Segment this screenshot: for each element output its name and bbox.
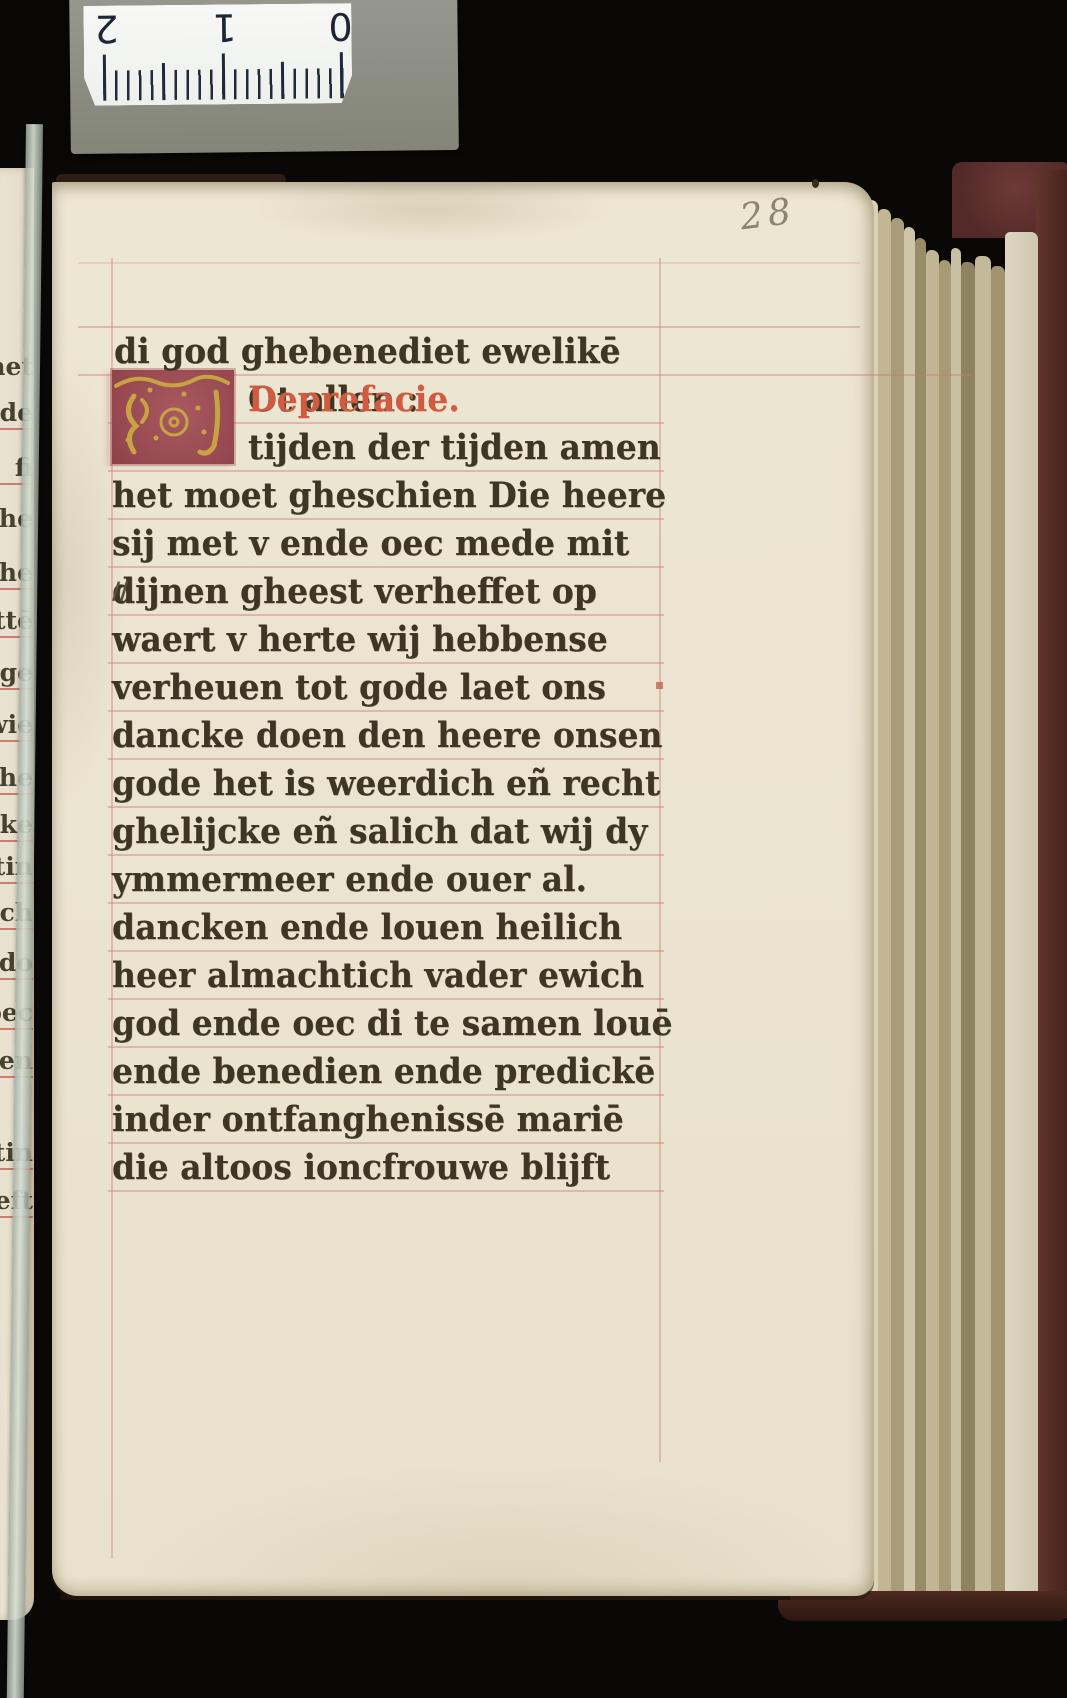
flyleaf-edge-strip — [1005, 232, 1038, 1602]
page-edge-strip — [939, 260, 951, 1608]
ruler-number: 1 — [207, 8, 241, 46]
text-segment: waert v herte wij hebbense — [112, 616, 608, 663]
folio-number: 28 — [738, 191, 798, 238]
text-segment: ghelijcke eñ salich dat wij dy — [112, 808, 647, 855]
ruler-number: 0 — [323, 7, 357, 45]
line-filler-marks: ∕∕ — [112, 568, 128, 615]
page-edge-strip — [975, 256, 991, 1601]
text-segment: tijden der tijden amen — [248, 424, 661, 471]
page-edge-strip — [891, 218, 904, 1604]
text-segment: het moet gheschien Die heere — [112, 472, 666, 519]
binding-leather-right — [1036, 170, 1067, 1618]
page-edge-strip — [926, 250, 939, 1610]
text-segment: di god ghebenediet ewelikē — [114, 328, 621, 375]
centimeter-ruler: 2 1 0 — [83, 3, 352, 106]
text-segment: verheuen tot gode laet ons — [112, 664, 606, 711]
text-segment: dancke doen den heere onsen — [112, 712, 662, 759]
text-segment: inder ontfanghenissē mariē — [112, 1096, 624, 1143]
ruler-half-cm-tick — [281, 62, 284, 99]
text-segment: dijnen gheest verheffet op — [112, 568, 597, 615]
text-segment: sij met v ende oec mede mit — [112, 520, 629, 567]
ruler-cm-tick — [103, 55, 106, 101]
text-segment: heer almachtich vader ewich — [112, 952, 644, 999]
ruling-line — [78, 262, 860, 264]
text-segment: gode het is weerdich eñ recht — [112, 760, 660, 807]
ruler-card: 2 1 0 — [69, 0, 459, 154]
text-segment: god ende oec di te samen louē — [112, 1000, 673, 1047]
foliate-ornament — [112, 370, 234, 464]
page-edge-strip — [915, 238, 926, 1610]
ruler-cm-tick — [340, 52, 343, 98]
manuscript-page: 28 — [52, 182, 874, 1596]
text-segment: ymmermeer ende ouer al. — [112, 856, 587, 903]
manuscript-photograph: 2 1 0 het de. fi ghe ghe — [0, 0, 1067, 1698]
ruler-number: 2 — [89, 9, 123, 47]
decorated-initial — [112, 370, 234, 464]
page-edge-strip — [961, 262, 975, 1604]
ruler-cm-tick — [222, 53, 225, 99]
ruler-half-cm-tick — [162, 63, 165, 100]
text-segment: ende benedien ende predickē — [112, 1048, 655, 1095]
page-edge-strip — [991, 266, 1005, 1600]
rubric-segment: Deprefacie. — [248, 376, 460, 423]
ruling-ink-dot — [656, 682, 663, 689]
ink-speck — [812, 179, 819, 188]
text-segment: dancken ende louen heilich — [112, 904, 622, 951]
page-edge-strip — [878, 209, 891, 1601]
page-edge-strip — [951, 248, 961, 1604]
text-segment: die altoos ioncfrouwe blijft — [112, 1144, 610, 1191]
page-edge-strip — [904, 227, 915, 1607]
